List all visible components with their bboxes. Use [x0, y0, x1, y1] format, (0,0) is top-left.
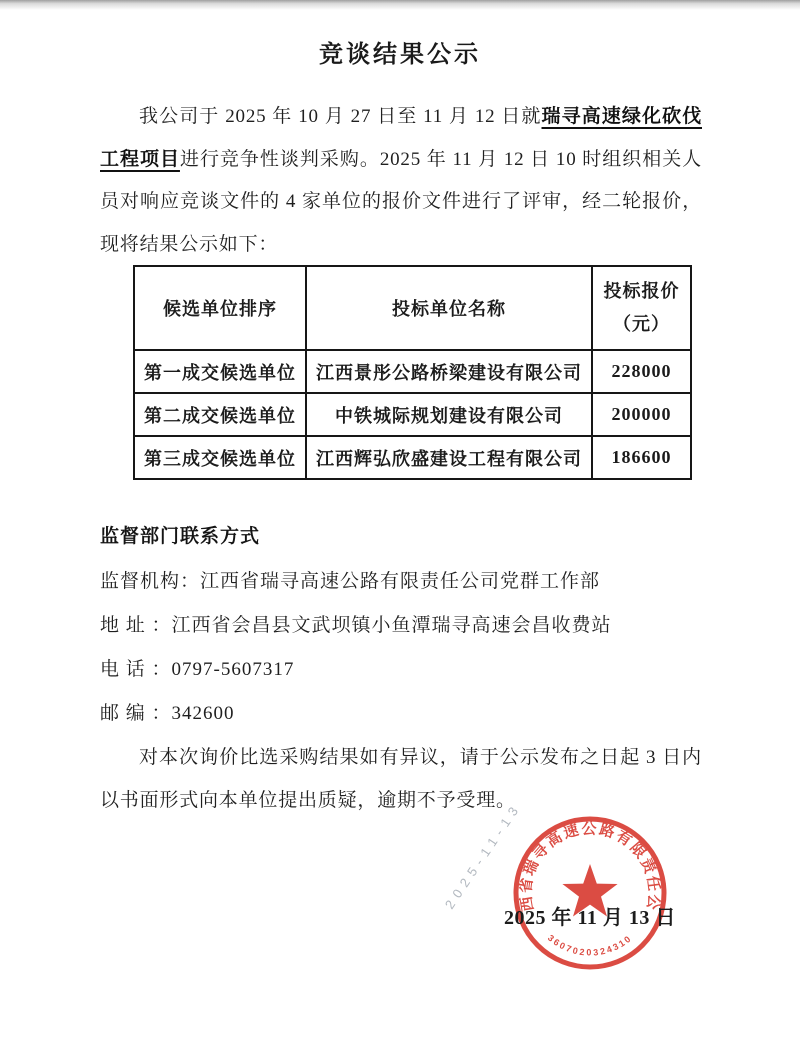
header-bid-price-line1: 投标报价 [593, 275, 690, 308]
cell-bid-price: 186600 [592, 436, 691, 479]
intro-text: 我公司于 2025 年 10 月 27 日至 11 月 12 日就 [139, 106, 542, 127]
header-bidder-name: 投标单位名称 [306, 266, 592, 350]
announcement-date: 2025 年 11 月 13 日 [504, 901, 684, 930]
cell-bid-price: 200000 [592, 393, 691, 436]
paragraph-line: 对本次询价比选采购结果如有异议，请于公示发布之日起 3 日内 [100, 736, 702, 779]
supervision-address-line: 地 址 ：江西省会昌县文武坝镇小鱼潭瑞寻高速会昌收费站 [100, 610, 612, 637]
project-name-part2: 工程项目 [100, 149, 180, 170]
results-table: 候选单位排序 投标单位名称 投标报价 （元） 第一成交候选单位 江西景彤公路桥梁… [133, 265, 692, 480]
seal-serial-number: 3607020324310 [546, 933, 634, 958]
cell-bidder-name: 江西辉弘欣盛建设工程有限公司 [306, 436, 592, 479]
cell-bid-price: 228000 [592, 350, 691, 393]
svg-text:3607020324310: 3607020324310 [546, 933, 634, 958]
supervision-agency-line: 监督机构：江西省瑞寻高速公路有限责任公司党群工作部 [100, 566, 600, 593]
cell-rank: 第二成交候选单位 [134, 393, 306, 436]
cell-rank: 第三成交候选单位 [134, 436, 306, 479]
intro-paragraph: 我公司于 2025 年 10 月 27 日至 11 月 12 日就瑞寻高速绿化砍… [100, 96, 702, 266]
header-rank: 候选单位排序 [134, 266, 306, 350]
paragraph-line: 现将结果公示如下： [100, 224, 702, 267]
cell-bidder-name: 江西景彤公路桥梁建设有限公司 [306, 350, 592, 393]
table-header-row: 候选单位排序 投标单位名称 投标报价 （元） [134, 266, 691, 350]
supervision-phone-line: 电 话 ：0797-5607317 [100, 654, 294, 681]
official-seal: 江西省瑞寻高速公路有限责任公司 3607020324310 [506, 809, 674, 977]
header-bid-price-line2: （元） [593, 308, 690, 341]
seal-graphic: 江西省瑞寻高速公路有限责任公司 3607020324310 [506, 809, 674, 977]
paragraph-line: 我公司于 2025 年 10 月 27 日至 11 月 12 日就瑞寻高速绿化砍… [100, 96, 702, 139]
table-row: 第三成交候选单位 江西辉弘欣盛建设工程有限公司 186600 [134, 436, 691, 479]
header-bid-price: 投标报价 （元） [592, 266, 691, 350]
supervision-postcode-line: 邮 编 ：342600 [100, 698, 235, 725]
scan-edge-shadow [0, 0, 800, 10]
supervision-contact-heading: 监督部门联系方式 [100, 521, 260, 548]
document-page: { "page": { "title": "竞谈结果公示" }, "intro"… [0, 0, 800, 1037]
paragraph-line: 工程项目进行竞争性谈判采购。2025 年 11 月 12 日 10 时组织相关人 [100, 139, 702, 182]
table-row: 第二成交候选单位 中铁城际规划建设有限公司 200000 [134, 393, 691, 436]
intro-text: 进行竞争性谈判采购。2025 年 11 月 12 日 10 时组织相关人 [180, 149, 702, 170]
paragraph-line: 员对响应竞谈文件的 4 家单位的报价文件进行了评审，经二轮报价， [100, 181, 702, 224]
project-name-part1: 瑞寻高速绿化砍伐 [542, 106, 703, 127]
page-title: 竞谈结果公示 [0, 34, 800, 69]
cell-rank: 第一成交候选单位 [134, 350, 306, 393]
cell-bidder-name: 中铁城际规划建设有限公司 [306, 393, 592, 436]
table-row: 第一成交候选单位 江西景彤公路桥梁建设有限公司 228000 [134, 350, 691, 393]
